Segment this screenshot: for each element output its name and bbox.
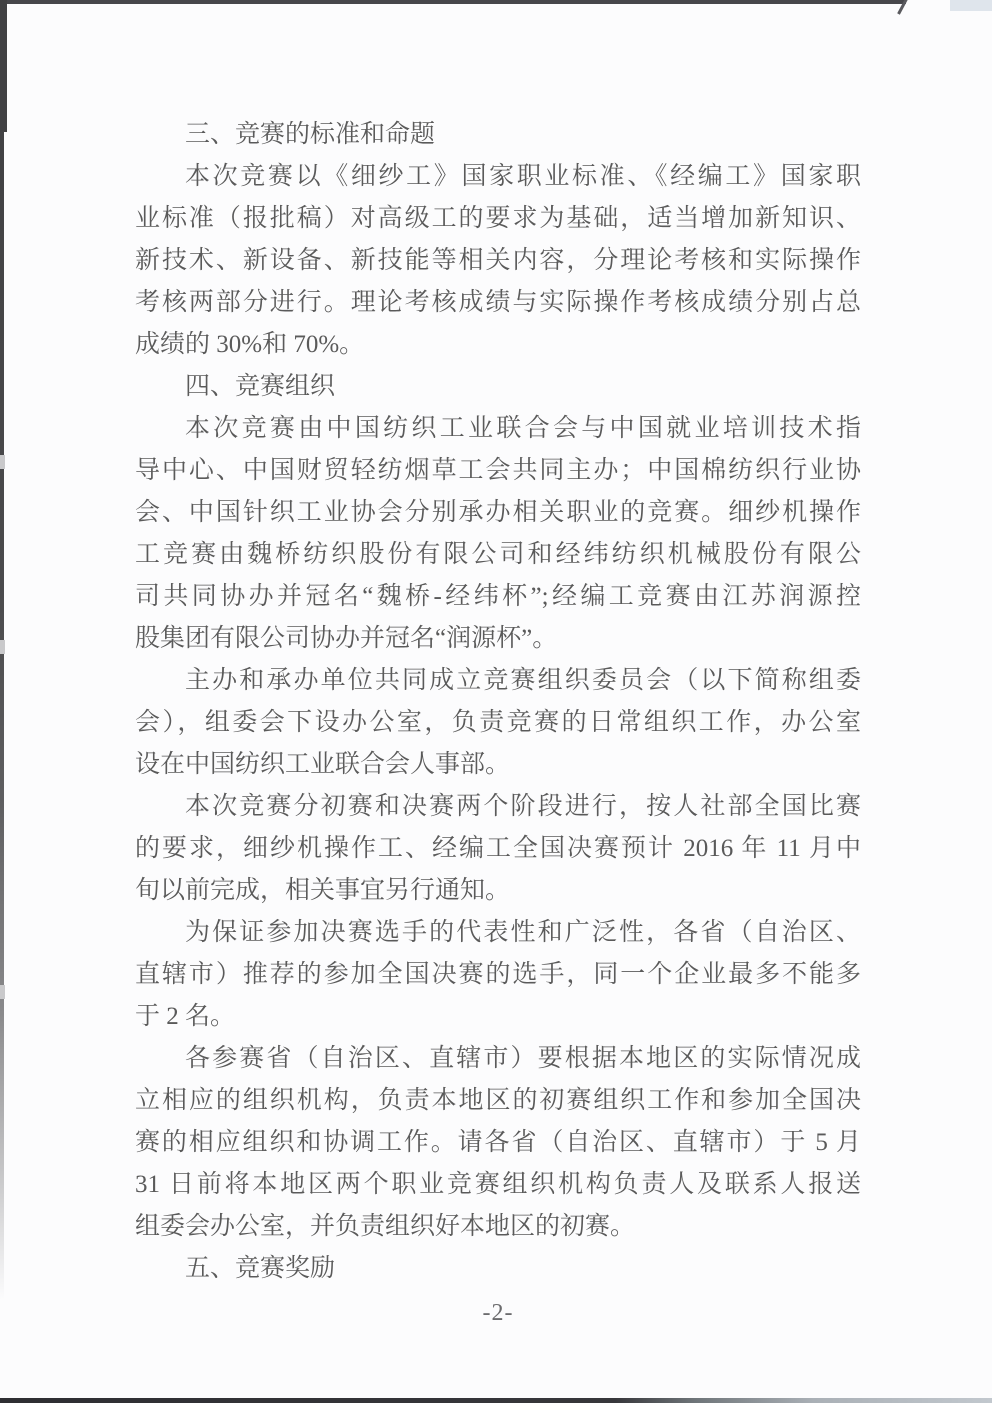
scan-left-smudge (0, 455, 5, 469)
text-line: 本次竞赛以《细纱工》国家职业标准、《经编工》国家职 (135, 156, 861, 198)
text-line: 司共同协办并冠名“魏桥-经纬杯”;经编工竞赛由江苏润源控 (135, 576, 861, 618)
text-line: 31 日前将本地区两个职业竞赛组织机构负责人及联系人报送 (135, 1164, 861, 1206)
text-line: 会、中国针织工业协会分别承办相关职业的竞赛。细纱机操作 (135, 492, 861, 534)
text-line: 为保证参加决赛选手的代表性和广泛性，各省（自治区、 (135, 912, 861, 954)
section-heading-3: 三、竞赛的标准和命题 (135, 114, 861, 156)
section-heading-4: 四、竞赛组织 (135, 366, 861, 408)
text-line: 赛的相应组织和协调工作。请各省（自治区、直辖市）于 5 月 (135, 1122, 861, 1164)
scan-left-smudge (0, 640, 5, 654)
text-line: 考核两部分进行。理论考核成绩与实际操作考核成绩分别占总 (135, 282, 861, 324)
text-line: 成绩的 30%和 70%。 (135, 324, 861, 366)
scan-edge-bottom (0, 1398, 992, 1403)
text-line: 立相应的组织机构，负责本地区的初赛组织工作和参加全国决 (135, 1080, 861, 1122)
text-line: 于 2 名。 (135, 996, 861, 1038)
text-line: 组委会办公室，并负责组织好本地区的初赛。 (135, 1206, 861, 1248)
text-line: 主办和承办单位共同成立竞赛组织委员会（以下简称组委 (135, 660, 861, 702)
scan-left-smudge (0, 985, 5, 999)
text-line: 导中心、中国财贸轻纺烟草工会共同主办；中国棉纺织行业协 (135, 450, 861, 492)
document-text-block: 三、竞赛的标准和命题 本次竞赛以《细纱工》国家职业标准、《经编工》国家职 业标准… (135, 114, 861, 1290)
text-line: 设在中国纺织工业联合会人事部。 (135, 744, 861, 786)
text-line: 本次竞赛由中国纺织工业联合会与中国就业培训技术指 (135, 408, 861, 450)
text-line: 本次竞赛分初赛和决赛两个阶段进行，按人社部全国比赛 (135, 786, 861, 828)
scan-corner-top-right (950, 0, 992, 11)
section-heading-5: 五、竞赛奖励 (135, 1248, 861, 1290)
text-line: 股集团有限公司协办并冠名“润源杯”。 (135, 618, 861, 660)
text-line: 直辖市）推荐的参加全国决赛的选手，同一个企业最多不能多 (135, 954, 861, 996)
text-line: 旬以前完成，相关事宜另行通知。 (135, 870, 861, 912)
scan-edge-left-blob (0, 0, 7, 132)
page-number: -2- (135, 1300, 861, 1327)
text-line: 业标准（报批稿）对高级工的要求为基础，适当增加新知识、 (135, 198, 861, 240)
document-page: 三、竞赛的标准和命题 本次竞赛以《细纱工》国家职业标准、《经编工》国家职 业标准… (0, 0, 992, 1403)
scan-edge-top (0, 0, 906, 4)
text-line: 的要求，细纱机操作工、经编工全国决赛预计 2016 年 11 月中 (135, 828, 861, 870)
text-line: 各参赛省（自治区、直辖市）要根据本地区的实际情况成 (135, 1038, 861, 1080)
text-line: 工竞赛由魏桥纺织股份有限公司和经纬纺织机械股份有限公 (135, 534, 861, 576)
text-line: 新技术、新设备、新技能等相关内容，分理论考核和实际操作 (135, 240, 861, 282)
text-line: 会），组委会下设办公室，负责竞赛的日常组织工作，办公室 (135, 702, 861, 744)
